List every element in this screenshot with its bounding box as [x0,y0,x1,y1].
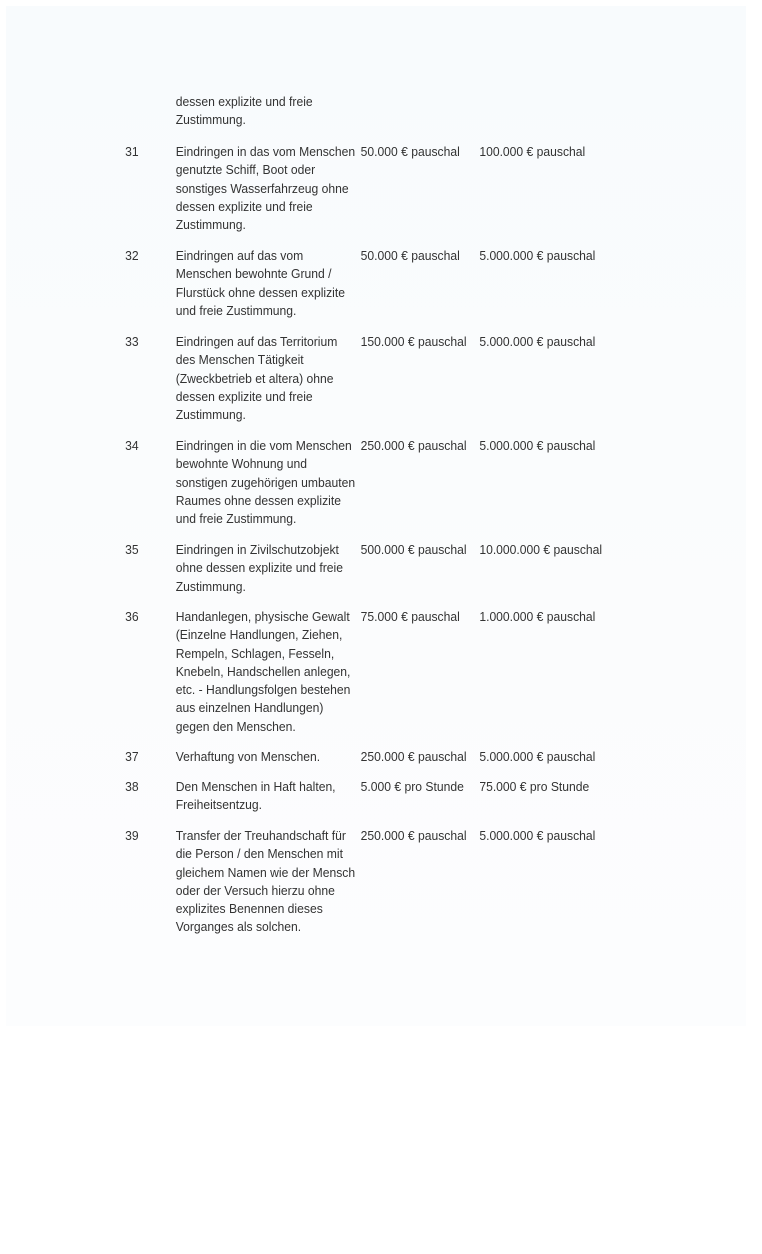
row-number: 34 [125,437,138,455]
row-min-amount: 250.000 € pauschal [361,827,467,845]
row-min-amount: 500.000 € pauschal [361,541,467,559]
row-min-amount: 75.000 € pauschal [361,608,460,626]
row-number: 39 [125,827,138,845]
row-description: Den Menschen in Haft halten, Freiheitsen… [176,778,365,815]
row-min-amount: 250.000 € pauschal [361,748,467,766]
row-description: Verhaftung von Menschen. [176,748,365,766]
row-max-amount: 5.000.000 € pauschal [479,827,595,845]
row-max-amount: 1.000.000 € pauschal [479,608,595,626]
row-min-amount: 50.000 € pauschal [361,143,460,161]
row-number: 37 [125,748,138,766]
row-max-amount: 100.000 € pauschal [479,143,585,161]
row-description: Handanlegen, physische Gewalt (Einzelne … [176,608,365,736]
row-min-amount: 150.000 € pauschal [361,333,467,351]
row-max-amount: 5.000.000 € pauschal [479,437,595,455]
row-number: 33 [125,333,138,351]
row-max-amount: 5.000.000 € pauschal [479,748,595,766]
row-description: Eindringen in die vom Menschen bewohnte … [176,437,365,528]
row-number: 38 [125,778,138,796]
row-number: 36 [125,608,138,626]
row-min-amount: 50.000 € pauschal [361,247,460,265]
row-description: Eindringen auf das vom Menschen bewohnte… [176,247,365,320]
row-description: Eindringen auf das Territorium des Mensc… [176,333,365,424]
row-max-amount: 75.000 € pro Stunde [479,778,589,796]
row-min-amount: 250.000 € pauschal [361,437,467,455]
row-max-amount: 5.000.000 € pauschal [479,333,595,351]
row-description: Transfer der Treuhandschaft für die Pers… [176,827,365,937]
row-max-amount: 5.000.000 € pauschal [479,247,595,265]
row-description: Eindringen in das vom Menschen genutzte … [176,143,365,234]
row-description: Eindringen in Zivilschutzobjekt ohne des… [176,541,365,596]
row-description: dessen explizite und freie Zustimmung. [176,93,365,130]
row-number: 32 [125,247,138,265]
row-number: 31 [125,143,138,161]
row-min-amount: 5.000 € pro Stunde [361,778,464,796]
row-max-amount: 10.000.000 € pauschal [479,541,602,559]
row-number: 35 [125,541,138,559]
